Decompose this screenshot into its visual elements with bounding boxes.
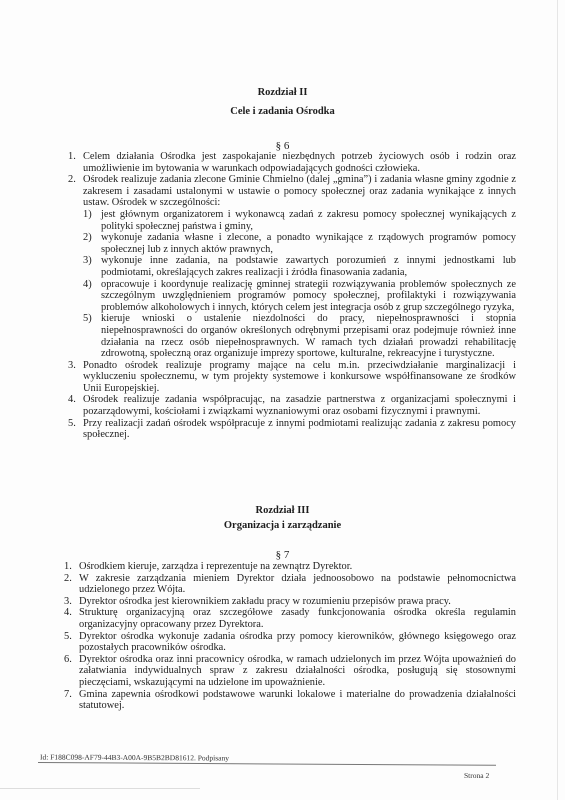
list-item: 2. Ośrodek realizuje zadania zlecone Gmi… — [68, 174, 516, 209]
sub-item: 2) wykonuje zadania własne i zlecone, a … — [83, 232, 516, 255]
footer-divider — [38, 762, 496, 766]
list-item: 1. Ośrodkiem kieruje, zarządza i repreze… — [64, 561, 516, 573]
paragraph-7-sign: § 7 — [0, 549, 565, 561]
list-item: 5. Dyrektor ośrodka wykonuje zadania ośr… — [64, 631, 516, 654]
list-item: 7. Gmina zapewnia ośrodkowi podstawowe w… — [64, 689, 516, 712]
list-item: 4. Ośrodek realizuje zadania współpracuj… — [68, 394, 516, 417]
list-item: 6. Dyrektor ośrodka oraz inni pracownicy… — [64, 654, 516, 689]
list-item: 3. Dyrektor ośrodka jest kierownikiem za… — [64, 596, 516, 608]
chapter-2-list: 1. Celem działania Ośrodka jest zaspokaj… — [68, 151, 516, 441]
scan-edge — [557, 0, 558, 800]
sub-item: 3) wykonuje inne zadania, na podstawie z… — [83, 255, 516, 278]
chapter-3-title: Rozdział III — [0, 505, 565, 516]
sub-item: 1) jest głównym organizatorem i wykonawc… — [83, 209, 516, 232]
sub-item: 5) kieruje wnioski o ustalenie niezdolno… — [83, 313, 516, 359]
chapter-3-subtitle: Organizacja i zarządzanie — [0, 520, 565, 531]
page-number: Strona 2 — [464, 771, 489, 780]
chapter-3-list: 1. Ośrodkiem kieruje, zarządza i repreze… — [64, 561, 516, 712]
document-page: Rozdział II Cele i zadania Ośrodka § 6 1… — [0, 0, 565, 800]
document-id: Id: F188C098-AF79-44B3-A00A-9B5B2BD81612… — [40, 753, 229, 763]
sub-item: 4) opracowuje i koordynuje realizację gm… — [83, 279, 516, 314]
chapter-2-subtitle: Cele i zadania Ośrodka — [0, 106, 565, 117]
list-item: 1. Celem działania Ośrodka jest zaspokaj… — [68, 151, 516, 174]
list-item: 3. Ponadto ośrodek realizuje programy ma… — [68, 360, 516, 395]
list-item: 2. W zakresie zarządzania mieniem Dyrekt… — [64, 573, 516, 596]
chapter-2-title: Rozdział II — [0, 87, 565, 98]
list-item: 5. Przy realizacji zadań ośrodek współpr… — [68, 418, 516, 441]
list-item: 4. Strukturę organizacyjną oraz szczegół… — [64, 607, 516, 630]
scan-artifact — [0, 788, 200, 789]
